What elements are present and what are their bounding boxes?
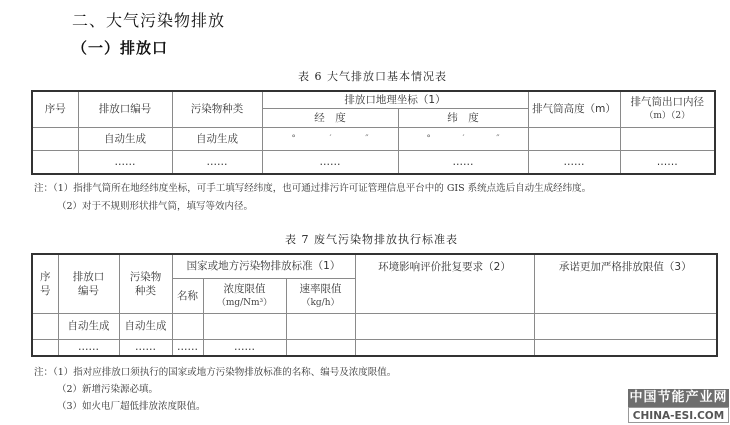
degree-mark: ° xyxy=(426,132,431,146)
t6-header-longitude: 经 度 xyxy=(262,108,398,127)
minute-mark: ′ xyxy=(463,132,465,146)
table7: 序号 排放口编号 污染物种类 国家或地方污染物排放标准（1） 环境影响评价批复要… xyxy=(31,253,718,357)
t7-header-pollutant-type: 污染物种类 xyxy=(119,254,172,313)
table7-caption: 表 7 废气污染物排放执行标准表 xyxy=(285,231,458,247)
table-row: …… …… …… …… …… …… xyxy=(32,150,715,174)
t6-header-latitude: 纬 度 xyxy=(398,108,528,127)
t7-header-pollutant-type-label: 污染物种类 xyxy=(128,270,164,298)
t7-cell-name: …… xyxy=(172,339,203,356)
watermark-line2: CHINA-ESI.COM xyxy=(628,407,729,423)
minute-mark: ′ xyxy=(330,132,332,146)
t6-cell-stack-diameter: …… xyxy=(620,150,715,174)
t6-header-geo-coords: 排放口地理坐标（1） xyxy=(262,91,528,108)
t7-header-concentration: 浓度限值 （mg/Nm³） xyxy=(203,278,286,313)
section-title: 二、大气污染物排放 xyxy=(72,8,225,31)
t6-header-stack-diameter: 排气筒出口内径 （m）（2） xyxy=(620,91,715,127)
t6-cell-seq xyxy=(32,127,78,150)
table7-note-3: （3）如火电厂超低排放浓度限值。 xyxy=(57,398,206,415)
table7-note-2: （2）新增污染源必填。 xyxy=(57,381,158,398)
t7-cell-eia xyxy=(355,313,534,339)
t7-cell-commitment xyxy=(534,313,717,339)
t6-cell-latitude: ° ′ ″ xyxy=(398,127,528,150)
table7-note-1: 注：（1）指对应排放口须执行的国家或地方污染物排放标准的名称、编号及浓度限值。 xyxy=(34,364,396,381)
t6-header-pollutant-type: 污染物种类 xyxy=(172,91,262,127)
t6-cell-seq xyxy=(32,150,78,174)
t7-header-outlet-id-label: 排放口编号 xyxy=(71,270,107,298)
t7-header-outlet-id: 排放口编号 xyxy=(58,254,119,313)
t7-cell-eia xyxy=(355,339,534,356)
table6-note-1: 注：（1）指排气筒所在地经纬度坐标，可手工填写经纬度，也可通过排污许可证管理信息… xyxy=(34,180,591,197)
table-row: 自动生成 自动生成 xyxy=(32,313,717,339)
t7-cell-seq xyxy=(32,339,58,356)
t7-cell-rate xyxy=(286,313,355,339)
table6: 序号 排放口编号 污染物种类 排放口地理坐标（1） 排气筒高度（m） 排气筒出口… xyxy=(31,90,716,175)
t7-cell-seq xyxy=(32,313,58,339)
second-mark: ″ xyxy=(496,132,499,146)
t6-cell-stack-height xyxy=(528,127,620,150)
t6-cell-pollutant-type: 自动生成 xyxy=(172,127,262,150)
t7-header-commitment: 承诺更加严格排放限值（3） xyxy=(534,254,717,313)
t7-header-rate-label: 速率限值 xyxy=(300,283,342,295)
t7-header-standard: 国家或地方污染物排放标准（1） xyxy=(172,254,355,278)
t7-cell-rate xyxy=(286,339,355,356)
t7-header-seq-label: 序号 xyxy=(39,270,51,298)
t7-header-concentration-label: 浓度限值 xyxy=(224,283,266,295)
watermark-logo: 中国节能产业网 CHINA-ESI.COM xyxy=(628,389,729,425)
degree-mark: ° xyxy=(291,132,296,146)
t6-cell-stack-height: …… xyxy=(528,150,620,174)
t7-cell-pollutant-type: 自动生成 xyxy=(119,313,172,339)
table-row: …… …… …… …… xyxy=(32,339,717,356)
subsection-title: （一）排放口 xyxy=(72,37,168,58)
table6-caption: 表 6 大气排放口基本情况表 xyxy=(298,68,447,84)
t6-cell-longitude: …… xyxy=(262,150,398,174)
t6-header-seq: 序号 xyxy=(32,91,78,127)
table-row: 自动生成 自动生成 ° ′ ″ ° ′ ″ xyxy=(32,127,715,150)
t6-header-stack-diameter-label: 排气筒出口内径 xyxy=(631,96,705,108)
t7-cell-concentration: …… xyxy=(203,339,286,356)
t6-header-stack-height: 排气筒高度（m） xyxy=(528,91,620,127)
table6-note-2: （2）对于不规则形状排气筒，填写等效内径。 xyxy=(57,198,253,215)
t6-header-outlet-id: 排放口编号 xyxy=(78,91,172,127)
watermark-line1: 中国节能产业网 xyxy=(628,389,729,407)
second-mark: ″ xyxy=(365,132,368,146)
t7-cell-commitment xyxy=(534,339,717,356)
t7-header-name: 名称 xyxy=(172,278,203,313)
t7-header-eia: 环境影响评价批复要求（2） xyxy=(355,254,534,313)
t6-cell-latitude: …… xyxy=(398,150,528,174)
t7-cell-outlet-id: …… xyxy=(58,339,119,356)
t6-cell-stack-diameter xyxy=(620,127,715,150)
t7-header-rate-unit: （kg/h） xyxy=(287,296,355,310)
t7-cell-name xyxy=(172,313,203,339)
t6-header-stack-diameter-unit: （m）（2） xyxy=(621,109,715,123)
t7-header-concentration-unit: （mg/Nm³） xyxy=(204,296,286,310)
t7-cell-concentration xyxy=(203,313,286,339)
t7-cell-pollutant-type: …… xyxy=(119,339,172,356)
t7-header-rate: 速率限值 （kg/h） xyxy=(286,278,355,313)
t6-cell-outlet-id: 自动生成 xyxy=(78,127,172,150)
t6-cell-outlet-id: …… xyxy=(78,150,172,174)
t6-cell-longitude: ° ′ ″ xyxy=(262,127,398,150)
t6-cell-pollutant-type: …… xyxy=(172,150,262,174)
t7-header-seq: 序号 xyxy=(32,254,58,313)
t7-cell-outlet-id: 自动生成 xyxy=(58,313,119,339)
